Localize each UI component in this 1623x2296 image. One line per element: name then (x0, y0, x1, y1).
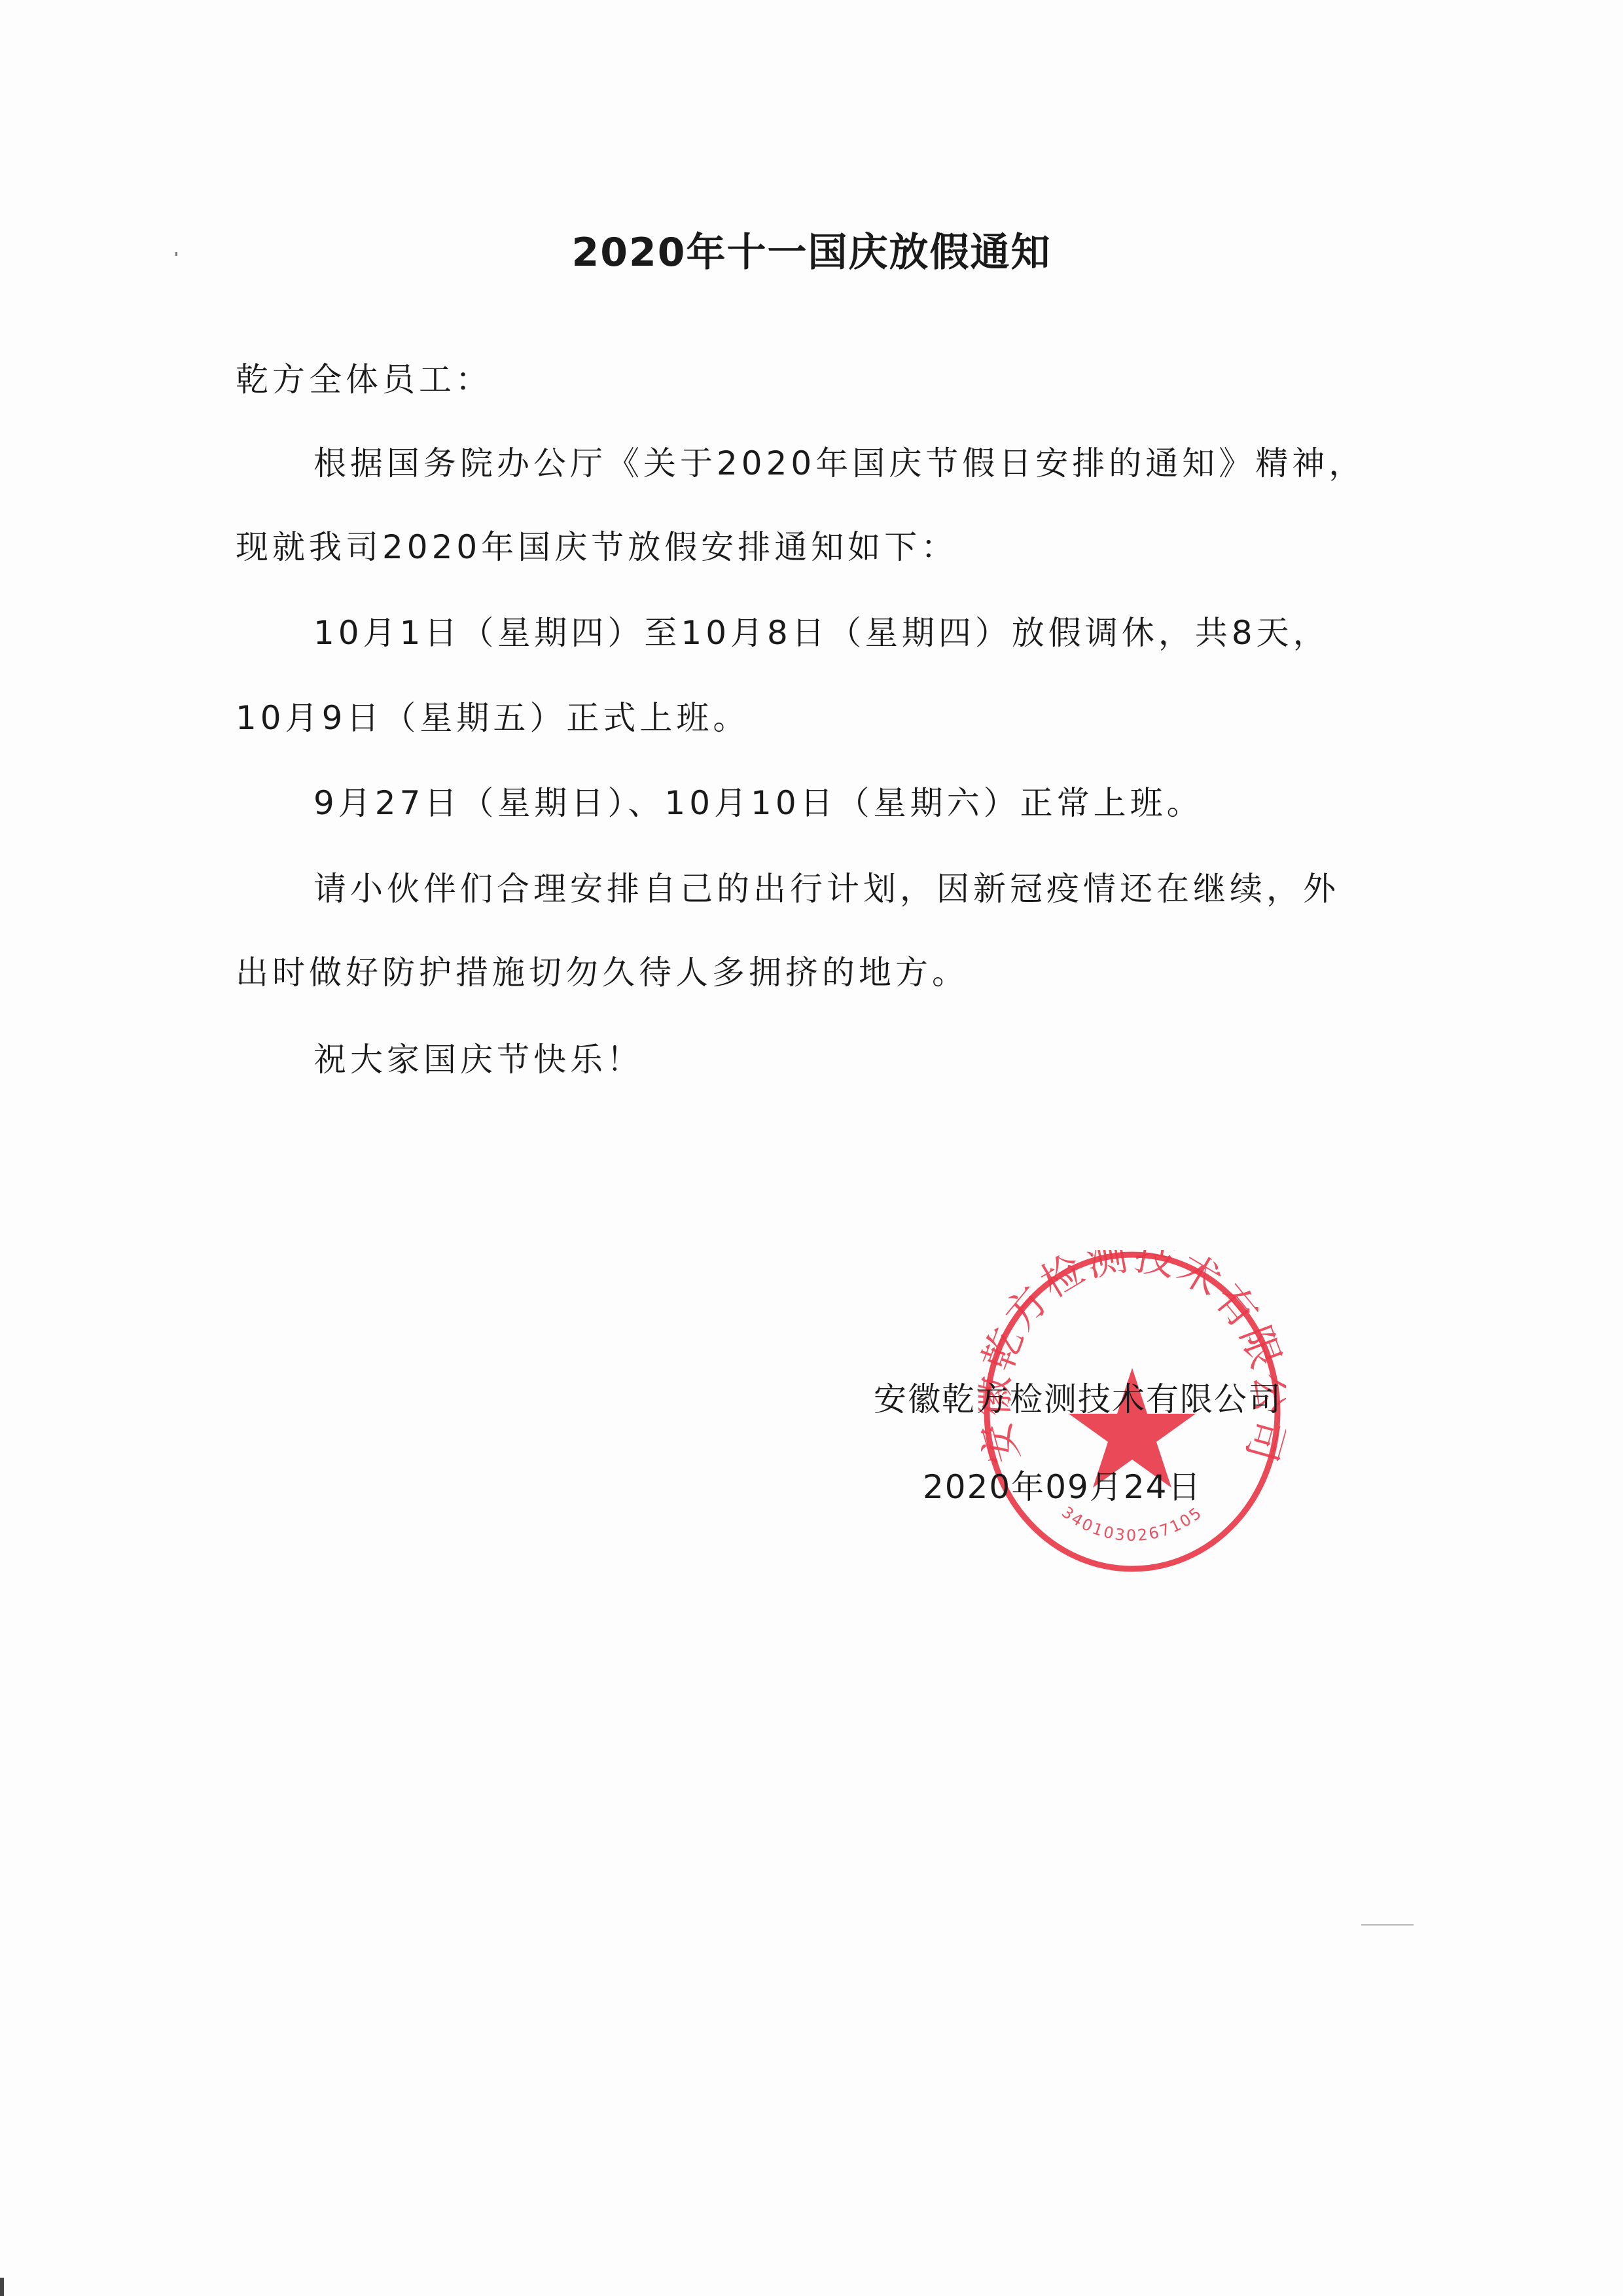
paragraph-4-line-1: 请小伙伴们合理安排自己的出行计划，因新冠疫情还在继续，外 (313, 869, 1340, 908)
signature-date: 2020年09月24日 (923, 1461, 1202, 1508)
salutation: 乾方全体员工： (236, 360, 492, 399)
seal-code: 3401030267105 (1058, 1503, 1206, 1545)
closing-greeting: 祝大家国庆节快乐！ (313, 1040, 643, 1079)
paragraph-2-line-2: 10月9日（星期五）正式上班。 (236, 698, 749, 738)
scan-speck (1361, 1924, 1414, 1926)
scan-edge-mark (0, 2278, 4, 2296)
paragraph-2-line-1: 10月1日（星期四）至10月8日（星期四）放假调休，共8天， (313, 613, 1330, 653)
paragraph-3-line-1: 9月27日（星期日）、10月10日（星期六）正常上班。 (313, 783, 1204, 823)
document-title: 2020年十一国庆放假通知 (0, 221, 1623, 278)
paragraph-1-line-1: 根据国务院办公厅《关于2020年国庆节假日安排的通知》精神， (313, 444, 1365, 483)
signature-company: 安徽乾方检测技术有限公司 (874, 1373, 1282, 1420)
scan-speck (175, 252, 177, 256)
paragraph-4-line-2: 出时做好防护措施切勿久待人多拥挤的地方。 (236, 953, 969, 992)
paragraph-1-line-2: 现就我司2020年国庆节放假安排通知如下： (236, 528, 957, 567)
svg-text:3401030267105: 3401030267105 (1058, 1503, 1206, 1545)
